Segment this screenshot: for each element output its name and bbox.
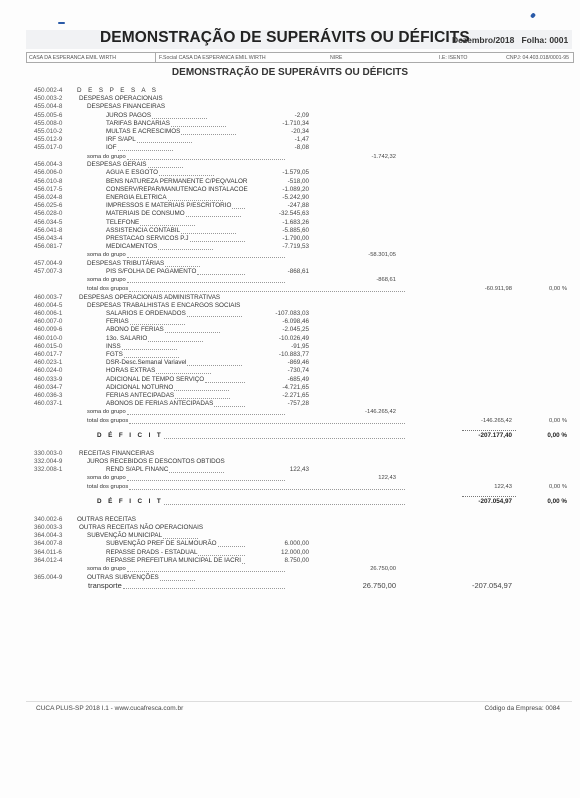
dot-leader (169, 471, 224, 473)
amount-value: -1,47 (295, 136, 309, 144)
account-row: 340.002-6OUTRAS RECEITAS (0, 516, 580, 524)
account-description: DESPESAS TRIBUTÁRIAS (87, 260, 164, 268)
account-row: 456.041-8ASSISTENCIA CONTABIL-5.885,60 (0, 227, 580, 235)
amount-value: -7.719,53 (282, 243, 309, 251)
amount-value: -1.710,34 (282, 120, 309, 128)
account-row: 456.006-0AGUA E ESGOTO-1.579,05 (0, 169, 580, 177)
account-code: 455.010-2 (34, 128, 62, 136)
report-title: DEMONSTRAÇÃO DE SUPERÁVITS OU DÉFICITS (100, 29, 470, 47)
account-code: 365.004-9 (34, 574, 62, 582)
dot-leader (130, 323, 185, 325)
dot-leader (124, 356, 179, 358)
dot-leader (197, 273, 245, 275)
dot-leader (160, 579, 195, 581)
account-row: 460.033-9ADICIONAL DE TEMPO SERVIÇO-685,… (0, 376, 580, 384)
amount-value: -757,28 (288, 400, 309, 408)
account-code: 455.012-9 (34, 136, 62, 144)
account-code: 455.005-6 (34, 112, 62, 120)
percentage-value: 0,00 % (547, 432, 567, 440)
account-code: 460.003-7 (34, 294, 62, 302)
dot-leader (181, 133, 236, 135)
account-code: 455.017-0 (34, 144, 62, 152)
account-description: HORAS EXTRAS (106, 367, 155, 375)
scan-mark (58, 22, 65, 24)
account-description: REPASSE PREFEITURA MUNICIPAL DE IACRI (106, 557, 241, 565)
dot-leader (148, 340, 203, 342)
dot-leader (168, 199, 223, 201)
account-code: 456.006-0 (34, 169, 62, 177)
amount-value: -5.242,90 (282, 194, 309, 202)
amount-value: -2.045,25 (282, 326, 309, 334)
account-description: soma do grupo (87, 153, 126, 161)
account-description: JUROS PAGOS (106, 112, 151, 120)
account-description: D É F I C I T (97, 498, 163, 506)
account-code: 460.034-7 (34, 384, 62, 392)
dot-leader (148, 166, 183, 168)
account-description: soma do grupo (87, 474, 126, 482)
dot-leader (129, 422, 405, 424)
percentage-value: 0,00 % (549, 417, 567, 425)
subtotal-row: soma do grupo-146.265,42 (0, 408, 580, 416)
account-description: PIS S/FOLHA DE PAGAMENTO (106, 268, 196, 276)
period-label: Dezembro/2018 (452, 35, 514, 45)
cnpj: CNPJ: 04.403.018/0001-95 (506, 55, 569, 61)
software-credit: CUCA PLUS-SP 2018 I.1 - www.cucafresca.c… (36, 705, 183, 712)
dot-leader (129, 488, 405, 490)
dot-leader (174, 389, 229, 391)
account-description: BENS NATUREZA PERMANENTE C/PEQ/VALOR (106, 178, 247, 186)
account-row: 456.034-5TELEFONE-1.683,26 (0, 219, 580, 227)
amount-value: -869,46 (288, 359, 309, 367)
divider (155, 53, 156, 62)
account-row: 364.004-3SUBVENÇÃO MUNICIPAL (0, 532, 580, 540)
account-row: 364.012-4REPASSE PREFEITURA MUNICIPAL DE… (0, 557, 580, 565)
dot-leader (127, 570, 285, 572)
account-row: 360.003-3OUTRAS RECEITAS NÃO OPERACIONAI… (0, 524, 580, 532)
account-code: 364.007-8 (34, 540, 62, 548)
account-description: MATERIAIS DE CONSUMO (106, 210, 185, 218)
account-row: 330.003-0RECEITAS FINANCEIRAS (0, 450, 580, 458)
account-code: 332.004-9 (34, 458, 62, 466)
account-row: 456.024-8ENERGIA ELETRICA-5.242,90 (0, 194, 580, 202)
state-registration: I.E: ISENTO (439, 55, 467, 61)
dot-leader (187, 315, 242, 317)
account-row: 455.004-8DESPESAS FINANCEIRAS (0, 103, 580, 111)
account-code: 456.041-8 (34, 227, 62, 235)
account-row: 456.028-0MATERIAIS DE CONSUMO-32.545,63 (0, 210, 580, 218)
account-code: 460.036-3 (34, 392, 62, 400)
account-code: 456.025-6 (34, 202, 62, 210)
dot-leader (190, 240, 245, 242)
nire: NIRE (330, 55, 342, 61)
account-code: 460.015-0 (34, 343, 62, 351)
account-row: 460.006-1SALARIOS E ORDENADOS-107.083,03 (0, 310, 580, 318)
account-row: 460.003-7DESPESAS OPERACIONAIS ADMINISTR… (0, 294, 580, 302)
account-code: 330.003-0 (34, 450, 62, 458)
account-row: 460.015-0INSS-91,95 (0, 343, 580, 351)
report-period: Dezembro/2018 Folha: 0001 (452, 35, 568, 45)
account-code: 460.004-5 (34, 302, 62, 310)
account-description: total dos grupos (87, 483, 128, 491)
account-description: SALARIOS E ORDENADOS (106, 310, 186, 318)
account-description: INSS (106, 343, 121, 351)
account-description: DESPESAS TRABALHISTAS E ENCARGOS SOCIAIS (87, 302, 240, 310)
account-description: soma do grupo (87, 251, 126, 259)
amount-value: 8.750,00 (284, 557, 309, 565)
account-row: 460.034-7ADICIONAL NOTURNO-4.721,65 (0, 384, 580, 392)
account-code: 455.004-8 (34, 103, 62, 111)
account-row: 450.002-4D E S P E S A S (0, 87, 580, 95)
amount-value: -2.271,65 (282, 392, 309, 400)
account-description: ADICIONAL NOTURNO (106, 384, 173, 392)
amount-value: -107.083,03 (275, 310, 309, 318)
account-row: 456.010-8BENS NATUREZA PERMANENTE C/PEQ/… (0, 178, 580, 186)
account-code: 460.009-6 (34, 326, 62, 334)
account-code: 457.007-3 (34, 268, 62, 276)
dot-leader (186, 215, 241, 217)
dot-leader (127, 479, 285, 481)
amount-value: -685,49 (288, 376, 309, 384)
account-code: 364.004-3 (34, 532, 62, 540)
dot-leader (129, 290, 405, 292)
account-row: 364.007-8SUBVENÇÃO PREF DE SALMOURÃO6.00… (0, 540, 580, 548)
account-description: IRF S/APL (106, 136, 136, 144)
account-description: CONSERV/REPAR/MANUTENCAO INSTALACOE (106, 186, 248, 194)
dot-leader (163, 537, 198, 539)
subtotal-row: soma do grupo122,43 (0, 474, 580, 482)
account-description: REND S/APL FINANC (106, 466, 168, 474)
account-code: 460.010-0 (34, 335, 62, 343)
account-description: DESPESAS GERAIS (87, 161, 147, 169)
account-code: 456.010-8 (34, 178, 62, 186)
amount-value: -1.742,32 (372, 153, 397, 161)
amount-value: -207.054,97 (472, 582, 512, 590)
account-row: 460.017-7FGTS-10.883,77 (0, 351, 580, 359)
account-description: PRESTACAO SERVICOS P.J (106, 235, 189, 243)
amount-value: -207.054,97 (478, 498, 512, 506)
dot-leader (127, 281, 285, 283)
account-code: 456.081-7 (34, 243, 62, 251)
account-code: 450.002-4 (34, 87, 62, 95)
subtotal-row: soma do grupo-868,61 (0, 276, 580, 284)
amount-value: -6.098,46 (282, 318, 309, 326)
amount-value: -868,61 (376, 276, 396, 284)
account-row: 332.008-1REND S/APL FINANC122,43 (0, 466, 580, 474)
account-row: 456.025-6IMPRESSOS E MATERIAIS P/ESCRITO… (0, 202, 580, 210)
amount-value: 122,43 (290, 466, 309, 474)
account-description: TARIFAS BANCARIAS (106, 120, 170, 128)
account-description: soma do grupo (87, 408, 126, 416)
dot-leader (198, 554, 245, 556)
account-code: 460.007-0 (34, 318, 62, 326)
account-row: 460.004-5DESPESAS TRABALHISTAS E ENCARGO… (0, 302, 580, 310)
account-description: OUTRAS RECEITAS (77, 516, 136, 524)
account-code: 456.017-5 (34, 186, 62, 194)
account-code: 460.037-1 (34, 400, 62, 408)
dot-leader (156, 372, 211, 374)
scan-mark (530, 12, 536, 18)
subtotal-row: soma do grupo-1.742,32 (0, 153, 580, 161)
dot-leader (175, 397, 230, 399)
account-code: 450.003-2 (34, 95, 62, 103)
amount-value: -58.301,05 (368, 251, 396, 259)
deficit-row: D É F I C I T-207.054,970,00 % (0, 498, 580, 506)
account-description: soma do grupo (87, 565, 126, 573)
account-row: 460.024-0HORAS EXTRAS-730,74 (0, 367, 580, 375)
percentage-value: 0,00 % (547, 498, 567, 506)
account-row: transporte26.750,00-207.054,97 (0, 582, 580, 590)
amount-value: -2,09 (295, 112, 309, 120)
dot-leader (137, 141, 192, 143)
dot-leader (165, 265, 200, 267)
account-description: ASSISTENCIA CONTABIL (106, 227, 180, 235)
account-row: 456.004-3DESPESAS GERAIS (0, 161, 580, 169)
amount-value: -32.545,63 (279, 210, 309, 218)
amount-value: 122,43 (378, 474, 396, 482)
dot-leader (127, 413, 285, 415)
account-description: TELEFONE (106, 219, 139, 227)
report-subtitle: DEMONSTRAÇÃO DE SUPERÁVITS OU DÉFICITS (0, 67, 580, 78)
amount-value: -1.790,00 (282, 235, 309, 243)
subtotal-row: soma do grupo-58.301,05 (0, 251, 580, 259)
account-row: 332.004-9JUROS RECEBIDOS E DESCONTOS OBT… (0, 458, 580, 466)
account-description: DSR-Desc.Semanal Variavel (106, 359, 186, 367)
account-row: 364.011-6REPASSE DRADS - ESTADUAL12.000,… (0, 549, 580, 557)
account-description: FGTS (106, 351, 123, 359)
account-description: DESPESAS OPERACIONAIS (79, 95, 163, 103)
amount-value: -207.177,40 (478, 432, 512, 440)
account-description: total dos grupos (87, 285, 128, 293)
amount-value: -146.265,42 (481, 417, 512, 425)
account-description: DESPESAS OPERACIONAIS ADMINISTRATIVAS (79, 294, 220, 302)
account-row: 456.017-5CONSERV/REPAR/MANUTENCAO INSTAL… (0, 186, 580, 194)
sheet-number: Folha: 0001 (521, 35, 568, 45)
account-description: REPASSE DRADS - ESTADUAL (106, 549, 197, 557)
account-row: 450.003-2DESPESAS OPERACIONAIS (0, 95, 580, 103)
account-row: 460.036-3FERIAS ANTECIPADAS-2.271,65 (0, 392, 580, 400)
account-description: IOF (106, 144, 117, 152)
amount-value: 6.000,00 (284, 540, 309, 548)
dot-leader (164, 503, 405, 505)
dot-leader (218, 545, 245, 547)
amount-value: -868,61 (288, 268, 309, 276)
account-description: OUTRAS RECEITAS NÃO OPERACIONAIS (79, 524, 203, 532)
account-row: 455.005-6JUROS PAGOS-2,09 (0, 112, 580, 120)
amount-value: 12.000,00 (281, 549, 309, 557)
company-code: Código da Empresa: 0084 (484, 705, 560, 712)
dot-leader (123, 587, 285, 589)
account-description: ENERGIA ELETRICA (106, 194, 167, 202)
amount-value: -518,00 (288, 178, 309, 186)
amount-value: -8,08 (295, 144, 309, 152)
account-description: D É F I C I T (97, 432, 163, 440)
account-description: JUROS RECEBIDOS E DESCONTOS OBTIDOS (87, 458, 225, 466)
account-code: 460.017-7 (34, 351, 62, 359)
account-description: FERIAS (106, 318, 129, 326)
account-description: 13o. SALARIO (106, 335, 147, 343)
dot-leader (118, 149, 173, 151)
account-row: 456.043-4PRESTACAO SERVICOS P.J-1.790,00 (0, 235, 580, 243)
account-row: 455.008-0TARIFAS BANCARIAS-1.710,34 (0, 120, 580, 128)
dot-leader (165, 331, 220, 333)
account-row: 457.004-9DESPESAS TRIBUTÁRIAS (0, 260, 580, 268)
company-info-box: CASA DA ESPERANCA EMIL WIRTH F.Social CA… (26, 52, 574, 63)
percentage-value: 0,00 % (549, 285, 567, 293)
account-description: soma do grupo (87, 276, 126, 284)
account-row: 460.023-1DSR-Desc.Semanal Variavel-869,4… (0, 359, 580, 367)
account-code: 460.023-1 (34, 359, 62, 367)
dot-leader (127, 256, 285, 258)
dot-leader (127, 158, 285, 160)
account-description: ABONO DE FERIAS (106, 326, 164, 334)
amount-value: -1.683,26 (282, 219, 309, 227)
account-description: MEDICAMENTOS (106, 243, 157, 251)
amount-value: -10.883,77 (279, 351, 309, 359)
account-code: 332.008-1 (34, 466, 62, 474)
account-code: 456.034-5 (34, 219, 62, 227)
account-code: 364.011-6 (34, 549, 62, 557)
dot-leader (242, 562, 245, 564)
company-name: CASA DA ESPERANCA EMIL WIRTH (29, 55, 116, 61)
account-code: 460.024-0 (34, 367, 62, 375)
social-name: F.Social CASA DA ESPERANCA EMIL WIRTH (159, 55, 266, 61)
account-description: MULTAS E ACRESCIMOS (106, 128, 180, 136)
account-code: 456.043-4 (34, 235, 62, 243)
amount-value: 26.750,00 (363, 582, 396, 590)
dot-leader (140, 224, 195, 226)
account-row: 455.010-2MULTAS E ACRESCIMOS-20,34 (0, 128, 580, 136)
account-code: 456.004-3 (34, 161, 62, 169)
account-code: 460.006-1 (34, 310, 62, 318)
dot-leader (181, 232, 236, 234)
account-description: FERIAS ANTECIPADAS (106, 392, 174, 400)
account-description: SUBVENÇÃO MUNICIPAL (87, 532, 162, 540)
amount-value: 122,43 (494, 483, 512, 491)
account-description: transporte (88, 582, 122, 590)
account-description: RECEITAS FINANCEIRAS (79, 450, 154, 458)
account-row: 460.007-0FERIAS-6.098,46 (0, 318, 580, 326)
account-code: 456.024-8 (34, 194, 62, 202)
account-description: ABONOS DE FERIAS ANTECIPADAS (106, 400, 213, 408)
amount-value: -247,88 (288, 202, 309, 210)
amount-value: -1.089,20 (282, 186, 309, 194)
account-row: 460.037-1ABONOS DE FERIAS ANTECIPADAS-75… (0, 400, 580, 408)
percentage-value: 0,00 % (549, 483, 567, 491)
account-description: total dos grupos (87, 417, 128, 425)
dot-leader (214, 405, 245, 407)
account-row: 457.007-3PIS S/FOLHA DE PAGAMENTO-868,61 (0, 268, 580, 276)
account-description: IMPRESSOS E MATERIAIS P/ESCRITORIO (106, 202, 231, 210)
dot-leader (122, 348, 177, 350)
subtotal-row: total dos grupos-60.911,980,00 % (0, 285, 580, 293)
account-row: 460.010-013o. SALARIO-10.026,49 (0, 335, 580, 343)
account-description: AGUA E ESGOTO (106, 169, 158, 177)
dot-leader (205, 381, 245, 383)
account-description: SUBVENÇÃO PREF DE SALMOURÃO (106, 540, 217, 548)
dot-leader (164, 437, 405, 439)
amount-value: -730,74 (288, 367, 309, 375)
account-row: 455.012-9IRF S/APL-1,47 (0, 136, 580, 144)
dot-leader (152, 117, 207, 119)
amount-value: -20,34 (291, 128, 309, 136)
account-code: 360.003-3 (34, 524, 62, 532)
account-code: 364.012-4 (34, 557, 62, 565)
account-row: 460.009-6ABONO DE FERIAS-2.045,25 (0, 326, 580, 334)
account-code: 456.028-0 (34, 210, 62, 218)
account-code: 460.033-9 (34, 376, 62, 384)
amount-value: -146.265,42 (365, 408, 396, 416)
subtotal-row: soma do grupo26.750,00 (0, 565, 580, 573)
dot-leader (158, 248, 213, 250)
subtotal-row: total dos grupos-146.265,420,00 % (0, 417, 580, 425)
amount-value: -60.911,98 (485, 285, 512, 293)
account-row: 455.017-0IOF-8,08 (0, 144, 580, 152)
account-description: ADICIONAL DE TEMPO SERVIÇO (106, 376, 204, 384)
dot-leader (232, 207, 245, 209)
amount-value: -1.579,05 (282, 169, 309, 177)
dot-leader (159, 174, 214, 176)
account-code: 455.008-0 (34, 120, 62, 128)
subtotal-row: total dos grupos122,430,00 % (0, 483, 580, 491)
deficit-row: D É F I C I T-207.177,400,00 % (0, 432, 580, 440)
account-row: 456.081-7MEDICAMENTOS-7.719,53 (0, 243, 580, 251)
account-code: 457.004-9 (34, 260, 62, 268)
amount-value: -10.026,49 (279, 335, 309, 343)
dot-leader (187, 364, 242, 366)
dot-leader (171, 125, 226, 127)
amount-value: -91,95 (291, 343, 309, 351)
footer-divider (26, 701, 572, 702)
amount-value: -4.721,65 (282, 384, 309, 392)
account-description: DESPESAS FINANCEIRAS (87, 103, 165, 111)
account-description: D E S P E S A S (77, 87, 158, 95)
account-code: 340.002-6 (34, 516, 62, 524)
amount-value: 26.750,00 (370, 565, 396, 573)
amount-value: -5.885,60 (282, 227, 309, 235)
